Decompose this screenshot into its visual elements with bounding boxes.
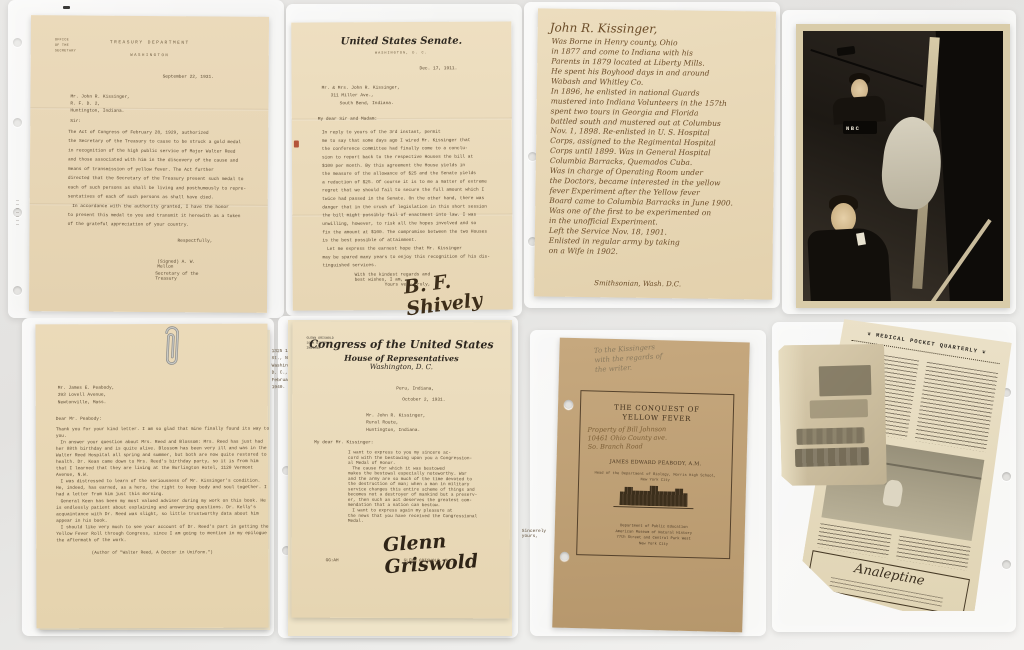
senate-letterhead-city: WASHINGTON, D. C.: [291, 50, 511, 55]
photo-table-shape: [810, 399, 868, 419]
senate-recipient: Mr. & Mrs. John R. Kissinger, 311 Miller…: [322, 84, 400, 107]
congress-letterhead: Congress of the United States: [292, 338, 510, 352]
wood-recipient: Mr. James E. Peabody, 393 Lovell Avenue,…: [58, 384, 115, 406]
treasury-letter: OFFICE OF THE SECRETARY TREASURY DEPARTM…: [29, 15, 269, 313]
senate-body: In reply to yours of the 3rd instant, pe…: [322, 127, 513, 269]
congress-recipient: Mr. John R. Kissinger, Rural Route, Hunt…: [366, 412, 425, 434]
treasury-signature: (Signed) A. W. Mellon: [157, 259, 212, 269]
treasury-signature-title: Secretary of the Treasury: [155, 271, 211, 281]
wood-letter: 1325 10th St., N. W., Washington, D. C.,…: [35, 324, 268, 629]
wood-body: Thank you for your kind letter. I am so …: [56, 426, 270, 544]
congress-reference-initials: GG:AH: [326, 558, 339, 563]
photo-bed-row: [795, 447, 869, 467]
faded-photograph: [778, 343, 888, 488]
binder-hole-icon: [1002, 560, 1011, 569]
treasury-letterhead-city: WASHINGTON: [31, 52, 269, 58]
fold-crease: [30, 107, 268, 111]
treasury-recipient: Mr. John R. Kissinger, R. F. D. 2, Hunti…: [70, 93, 130, 114]
photo-window-shape: [819, 365, 872, 396]
handwritten-opening: John R. Kissinger,: [550, 21, 658, 37]
treasury-salutation: Sir:: [70, 118, 81, 123]
piano-dark-mass: [935, 31, 1003, 301]
binder-hole-icon: [13, 118, 22, 127]
photo-bed-row: [796, 427, 864, 445]
binder-hole-icon: [13, 286, 22, 295]
photo-image-area: NBC: [803, 31, 1003, 301]
congress-letterhead-3: Washington, D. C.: [292, 363, 510, 372]
yellow-fever-pamphlet: To the Kissingers with the regards of th…: [552, 338, 750, 633]
treasury-date: September 22, 1931.: [163, 74, 214, 79]
pamphlet-ownership-note: Property of Bill Johnson 10461 Ohio Coun…: [588, 425, 738, 452]
congress-place: Peru, Indiana,: [396, 386, 434, 391]
pamphlet-imprint: Department of Public Education American …: [576, 522, 731, 549]
congress-salutation: My dear Mr. Kissinger:: [314, 440, 373, 445]
treasury-closing: Respectfully,: [177, 238, 212, 243]
congress-signature-script: Glenn Griswold: [382, 526, 511, 578]
punch-hole-icon: [560, 552, 569, 561]
nbc-photograph: NBC: [796, 24, 1010, 308]
staple-mark: [63, 6, 70, 9]
sleeve-brand-mark: [16, 200, 19, 226]
senate-date: Dec. 17, 1911.: [419, 66, 457, 71]
binder-hole-icon: [13, 38, 22, 47]
handwritten-footer: Smithsonian, Wash. D.C.: [594, 279, 681, 288]
punch-hole-icon: [564, 400, 573, 409]
wood-salutation: Dear Mr. Peabody:: [56, 416, 102, 421]
pamphlet-title: THE CONQUEST OF YELLOW FEVER: [580, 402, 734, 425]
handwritten-body: Was Borne in Henry county, Ohio in 1877 …: [549, 37, 778, 259]
handwritten-biography: John R. Kissinger, Was Borne in Henry co…: [534, 8, 776, 299]
congress-date: October 2, 1931.: [402, 397, 445, 402]
pamphlet-inscription: To the Kissingers with the regards of th…: [594, 342, 664, 374]
red-edge-mark: [294, 141, 299, 148]
man-2-dark-suit: [807, 227, 891, 301]
senate-letter: United States Senate. WASHINGTON, D. C. …: [291, 21, 513, 310]
microphone-icon: [837, 46, 856, 56]
photo-of-document-collection: OFFICE OF THE SECRETARY TREASURY DEPARTM…: [0, 0, 1024, 650]
congress-letter: GLENN GRISWOLD 10TH DISTRICT INDIANA Con…: [291, 322, 510, 619]
masthead-ornament-icon: ❦: [867, 331, 872, 338]
senate-letterhead: United States Senate.: [291, 35, 511, 47]
nbc-microphone-box: NBC: [843, 121, 877, 134]
wood-signature-note: (Author of "Walter Reed, A Doctor in Uni…: [36, 550, 268, 556]
clipping-text-column: [914, 362, 998, 452]
paperclip-icon: [157, 315, 186, 374]
treasury-body: The Act of Congress of February 28, 1929…: [68, 127, 269, 230]
congress-closing: Sincerely yours,: [522, 528, 546, 538]
congress-body: I want to express to you my sincere ac- …: [348, 450, 513, 524]
man-1-light-jacket: [878, 114, 945, 212]
clipping-text-column: [896, 536, 971, 571]
nbc-microphone-label: NBC: [846, 126, 860, 132]
senate-salutation: My dear Sir and Madam:: [318, 116, 377, 121]
masthead-ornament-icon: ❦: [982, 349, 987, 356]
congress-signature-typed: GLENN GRISWOLD, M.C.: [404, 558, 456, 563]
binder-hole-icon: [1002, 472, 1011, 481]
